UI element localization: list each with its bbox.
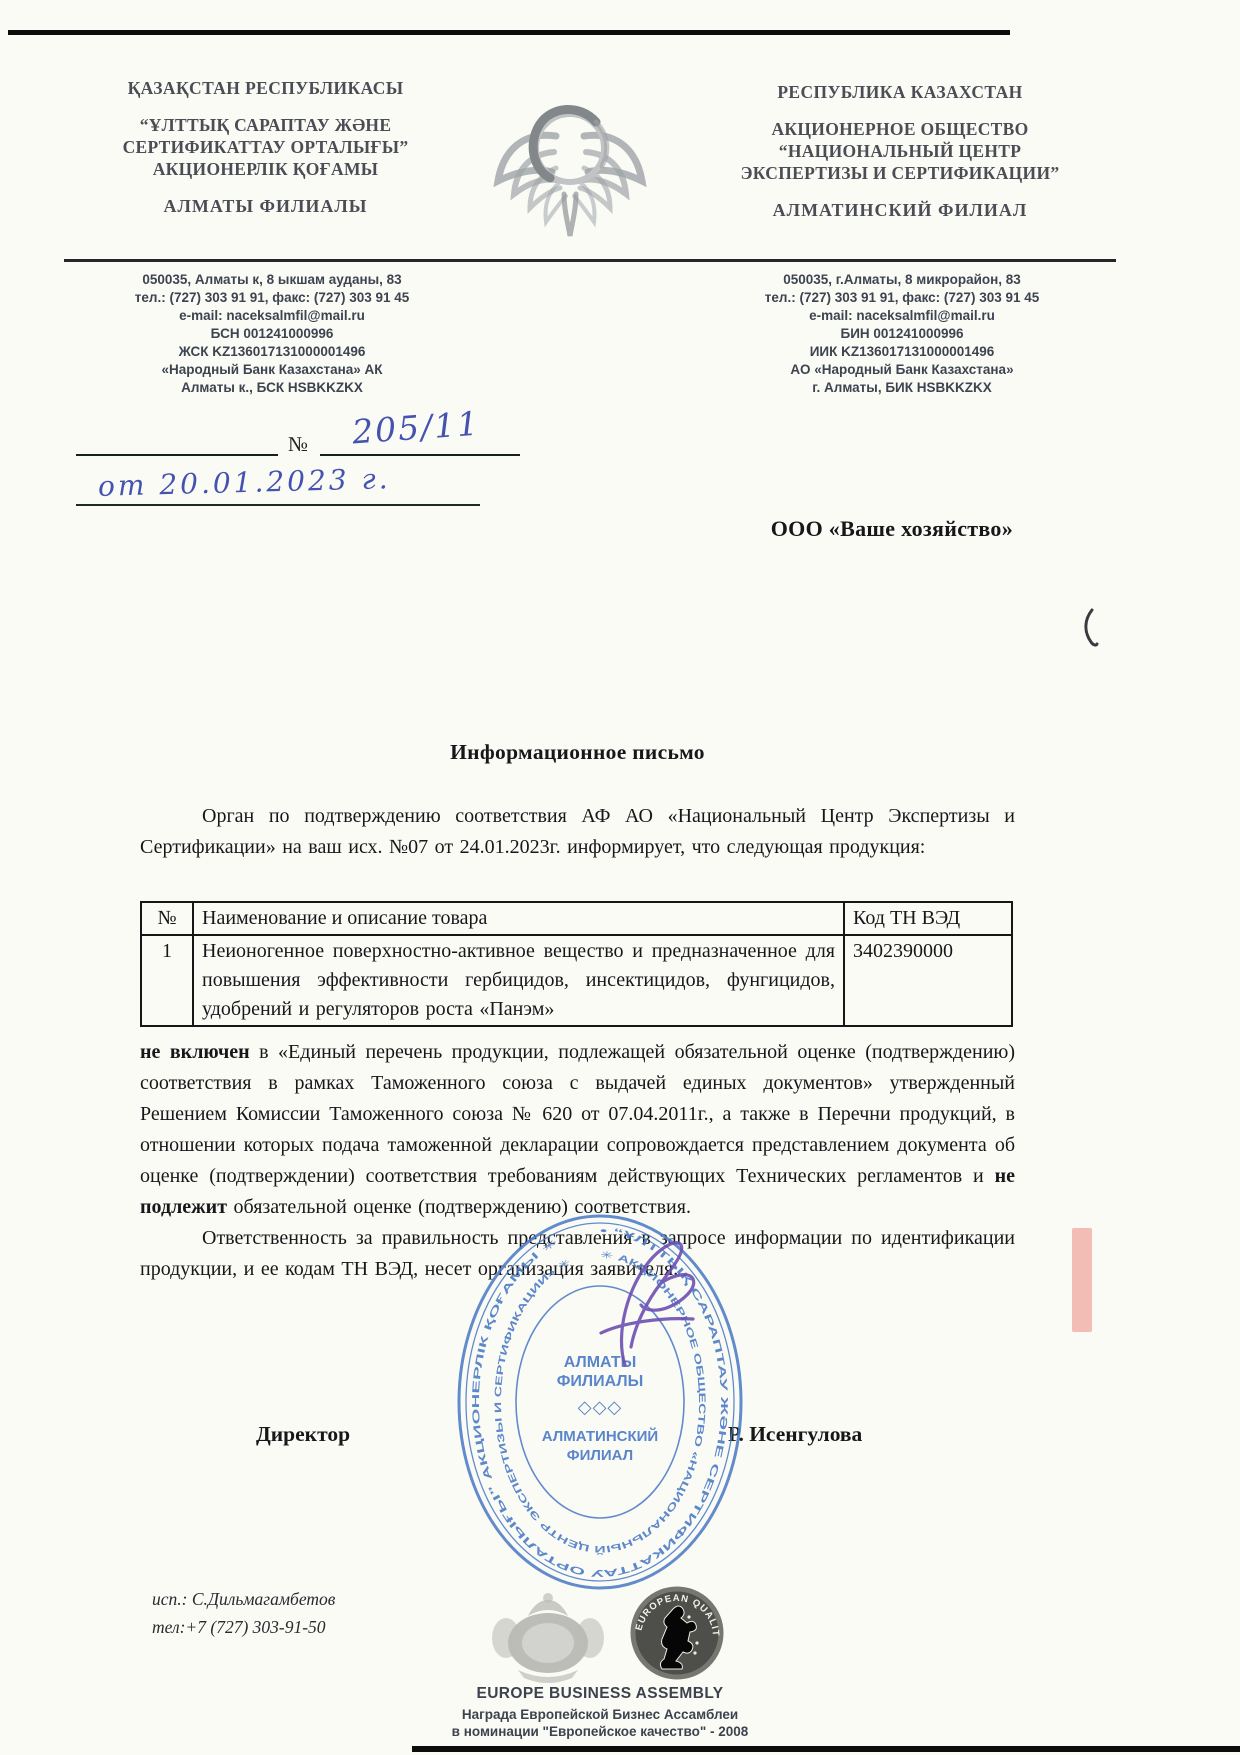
stamp-center-line3: АЛМАТИНСКИЙ — [542, 1427, 658, 1445]
org-name-kk-line2: СЕРТИФИКАТТАУ ОРТАЛЫҒЫ” — [58, 136, 473, 158]
cell-row-number: 1 — [141, 935, 193, 1026]
body-paragraph: не включен в «Единый перечень продукции,… — [140, 1037, 1015, 1223]
award-line-1: Награда Европейской Бизнес Ассамблеи — [340, 1706, 860, 1723]
executor-name: исп.: С.Дильмагамбетов — [152, 1585, 335, 1613]
org-name-ru-line1: АКЦИОНЕРНОЕ ОБЩЕСТВО — [686, 118, 1114, 140]
ref-number-label: № — [288, 432, 308, 457]
contact-line: e-mail: naceksalmfil@mail.ru — [688, 307, 1116, 325]
branch-name-ru: АЛМАТИНСКИЙ ФИЛИАЛ — [686, 200, 1114, 221]
ref-blank-underline — [76, 432, 278, 456]
pen-mark — [1076, 606, 1100, 650]
branch-name-kk: АЛМАТЫ ФИЛИАЛЫ — [58, 196, 473, 217]
cell-product-name: Неионогенное поверхностно-активное вещес… — [193, 935, 844, 1026]
org-name-kk-line3: АКЦИОНЕРЛІК ҚОҒАМЫ — [58, 158, 473, 180]
org-name-kk-line1: “ҰЛТТЫҚ САРАПТАУ ЖӘНЕ — [58, 114, 473, 136]
contact-line: 050035, г.Алматы, 8 микрорайон, 83 — [688, 271, 1116, 289]
header-kazakh: ҚАЗАҚСТАН РЕСПУБЛИКАСЫ “ҰЛТТЫҚ САРАПТАУ … — [58, 78, 473, 217]
european-quality-medal-icon: EUROPEAN QUALITY — [625, 1583, 729, 1687]
table-row: 1 Неионогенное поверхностно-активное вещ… — [141, 935, 1012, 1026]
country-name-kk: ҚАЗАҚСТАН РЕСПУБЛИКАСЫ — [58, 78, 473, 99]
winged-emblem-logo-icon — [468, 76, 672, 244]
signature-scribble — [565, 1215, 735, 1385]
contacts-left: 050035, Алматы к, 8 ыкшам ауданы, 83 тел… — [62, 271, 482, 397]
contact-line: тел.: (727) 303 91 91, факс: (727) 303 9… — [688, 289, 1116, 307]
date-underline — [76, 484, 480, 506]
contact-line: ЖСК KZ136017131000001496 — [62, 343, 482, 361]
contact-line: Алматы к., БСК HSBKKZKX — [62, 379, 482, 397]
table-header-row: № Наименование и описание товара Код ТН … — [141, 902, 1012, 935]
contact-line: ИИК KZ136017131000001496 — [688, 343, 1116, 361]
org-name-ru-line3: ЭКСПЕРТИЗЫ И СЕРТИФИКАЦИИ” — [686, 162, 1114, 184]
footer-award-block: EUROPE BUSINESS ASSEMBLY Награда Европей… — [340, 1685, 860, 1740]
contact-line: БИН 001241000996 — [688, 325, 1116, 343]
contact-line: e-mail: naceksalmfil@mail.ru — [62, 307, 482, 325]
country-name-ru: РЕСПУБЛИКА КАЗАХСТАН — [686, 82, 1114, 103]
executor-block: исп.: С.Дильмагамбетов тел:+7 (727) 303-… — [152, 1585, 335, 1641]
stamp-diamonds: ◇◇◇ — [578, 1397, 623, 1417]
intro-paragraph: Орган по подтверждению соответствия АФ А… — [140, 801, 1015, 863]
bottom-rule — [412, 1746, 1240, 1752]
contact-line: тел.: (727) 303 91 91, факс: (727) 303 9… — [62, 289, 482, 307]
org-name-ru-line2: “НАЦИОНАЛЬНЫЙ ЦЕНТР — [686, 140, 1114, 162]
contact-line: 050035, Алматы к, 8 ыкшам ауданы, 83 — [62, 271, 482, 289]
assembly-title: EUROPE BUSINESS ASSEMBLY — [340, 1685, 860, 1703]
scan-artifact — [1072, 1228, 1092, 1332]
eba-crest-icon — [468, 1588, 628, 1688]
contact-line: АО «Народный Банк Казахстана» — [688, 361, 1116, 379]
col-header-number: № — [141, 902, 193, 935]
director-label: Директор — [256, 1422, 350, 1447]
contact-line: БСН 001241000996 — [62, 325, 482, 343]
recipient: ООО «Ваше хозяйство» — [640, 516, 1013, 542]
contacts-right: 050035, г.Алматы, 8 микрорайон, 83 тел.:… — [688, 271, 1116, 397]
bold-not-included: не включен — [140, 1041, 250, 1063]
executor-phone: тел:+7 (727) 303-91-50 — [152, 1613, 335, 1641]
header-russian: РЕСПУБЛИКА КАЗАХСТАН АКЦИОНЕРНОЕ ОБЩЕСТВ… — [686, 82, 1114, 221]
scanned-letter-page: ҚАЗАҚСТАН РЕСПУБЛИКАСЫ “ҰЛТТЫҚ САРАПТАУ … — [0, 0, 1240, 1755]
col-header-code: Код ТН ВЭД — [844, 902, 1012, 935]
contact-line: г. Алматы, БИК HSBKKZKX — [688, 379, 1116, 397]
cell-product-code: 3402390000 — [844, 935, 1012, 1026]
top-rule — [8, 30, 1010, 35]
header-divider — [64, 259, 1116, 262]
stamp-center-line4: ФИЛИАЛ — [567, 1447, 633, 1464]
contact-line: «Народный Банк Казахстана» АК — [62, 361, 482, 379]
product-table: № Наименование и описание товара Код ТН … — [140, 901, 1013, 1027]
body-text-1: в «Единый перечень продукции, подлежащей… — [140, 1041, 1015, 1187]
col-header-name: Наименование и описание товара — [193, 902, 844, 935]
award-line-2: в номинации "Европейское качество" - 200… — [340, 1723, 860, 1740]
letter-title: Информационное письмо — [140, 740, 1015, 765]
